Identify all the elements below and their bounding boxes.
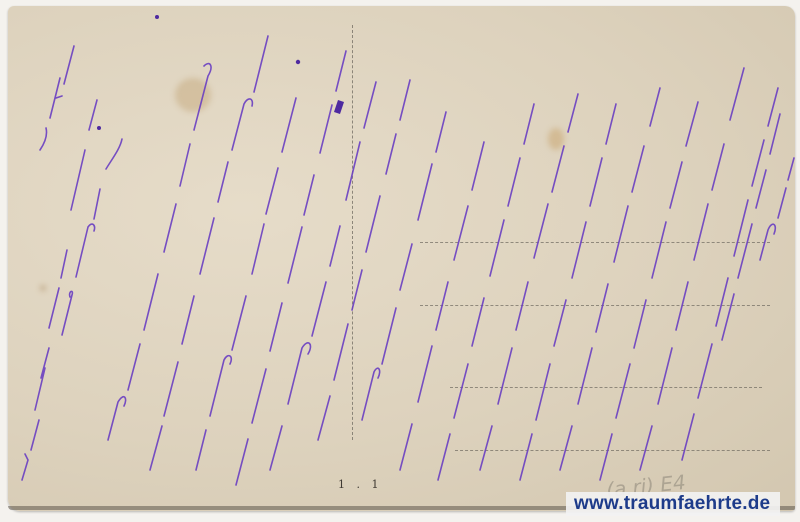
- watermark-url: www.traumfaehrte.de: [566, 492, 780, 516]
- printed-mark: 1 . 1: [338, 478, 383, 491]
- handwritten-text: [0, 0, 800, 522]
